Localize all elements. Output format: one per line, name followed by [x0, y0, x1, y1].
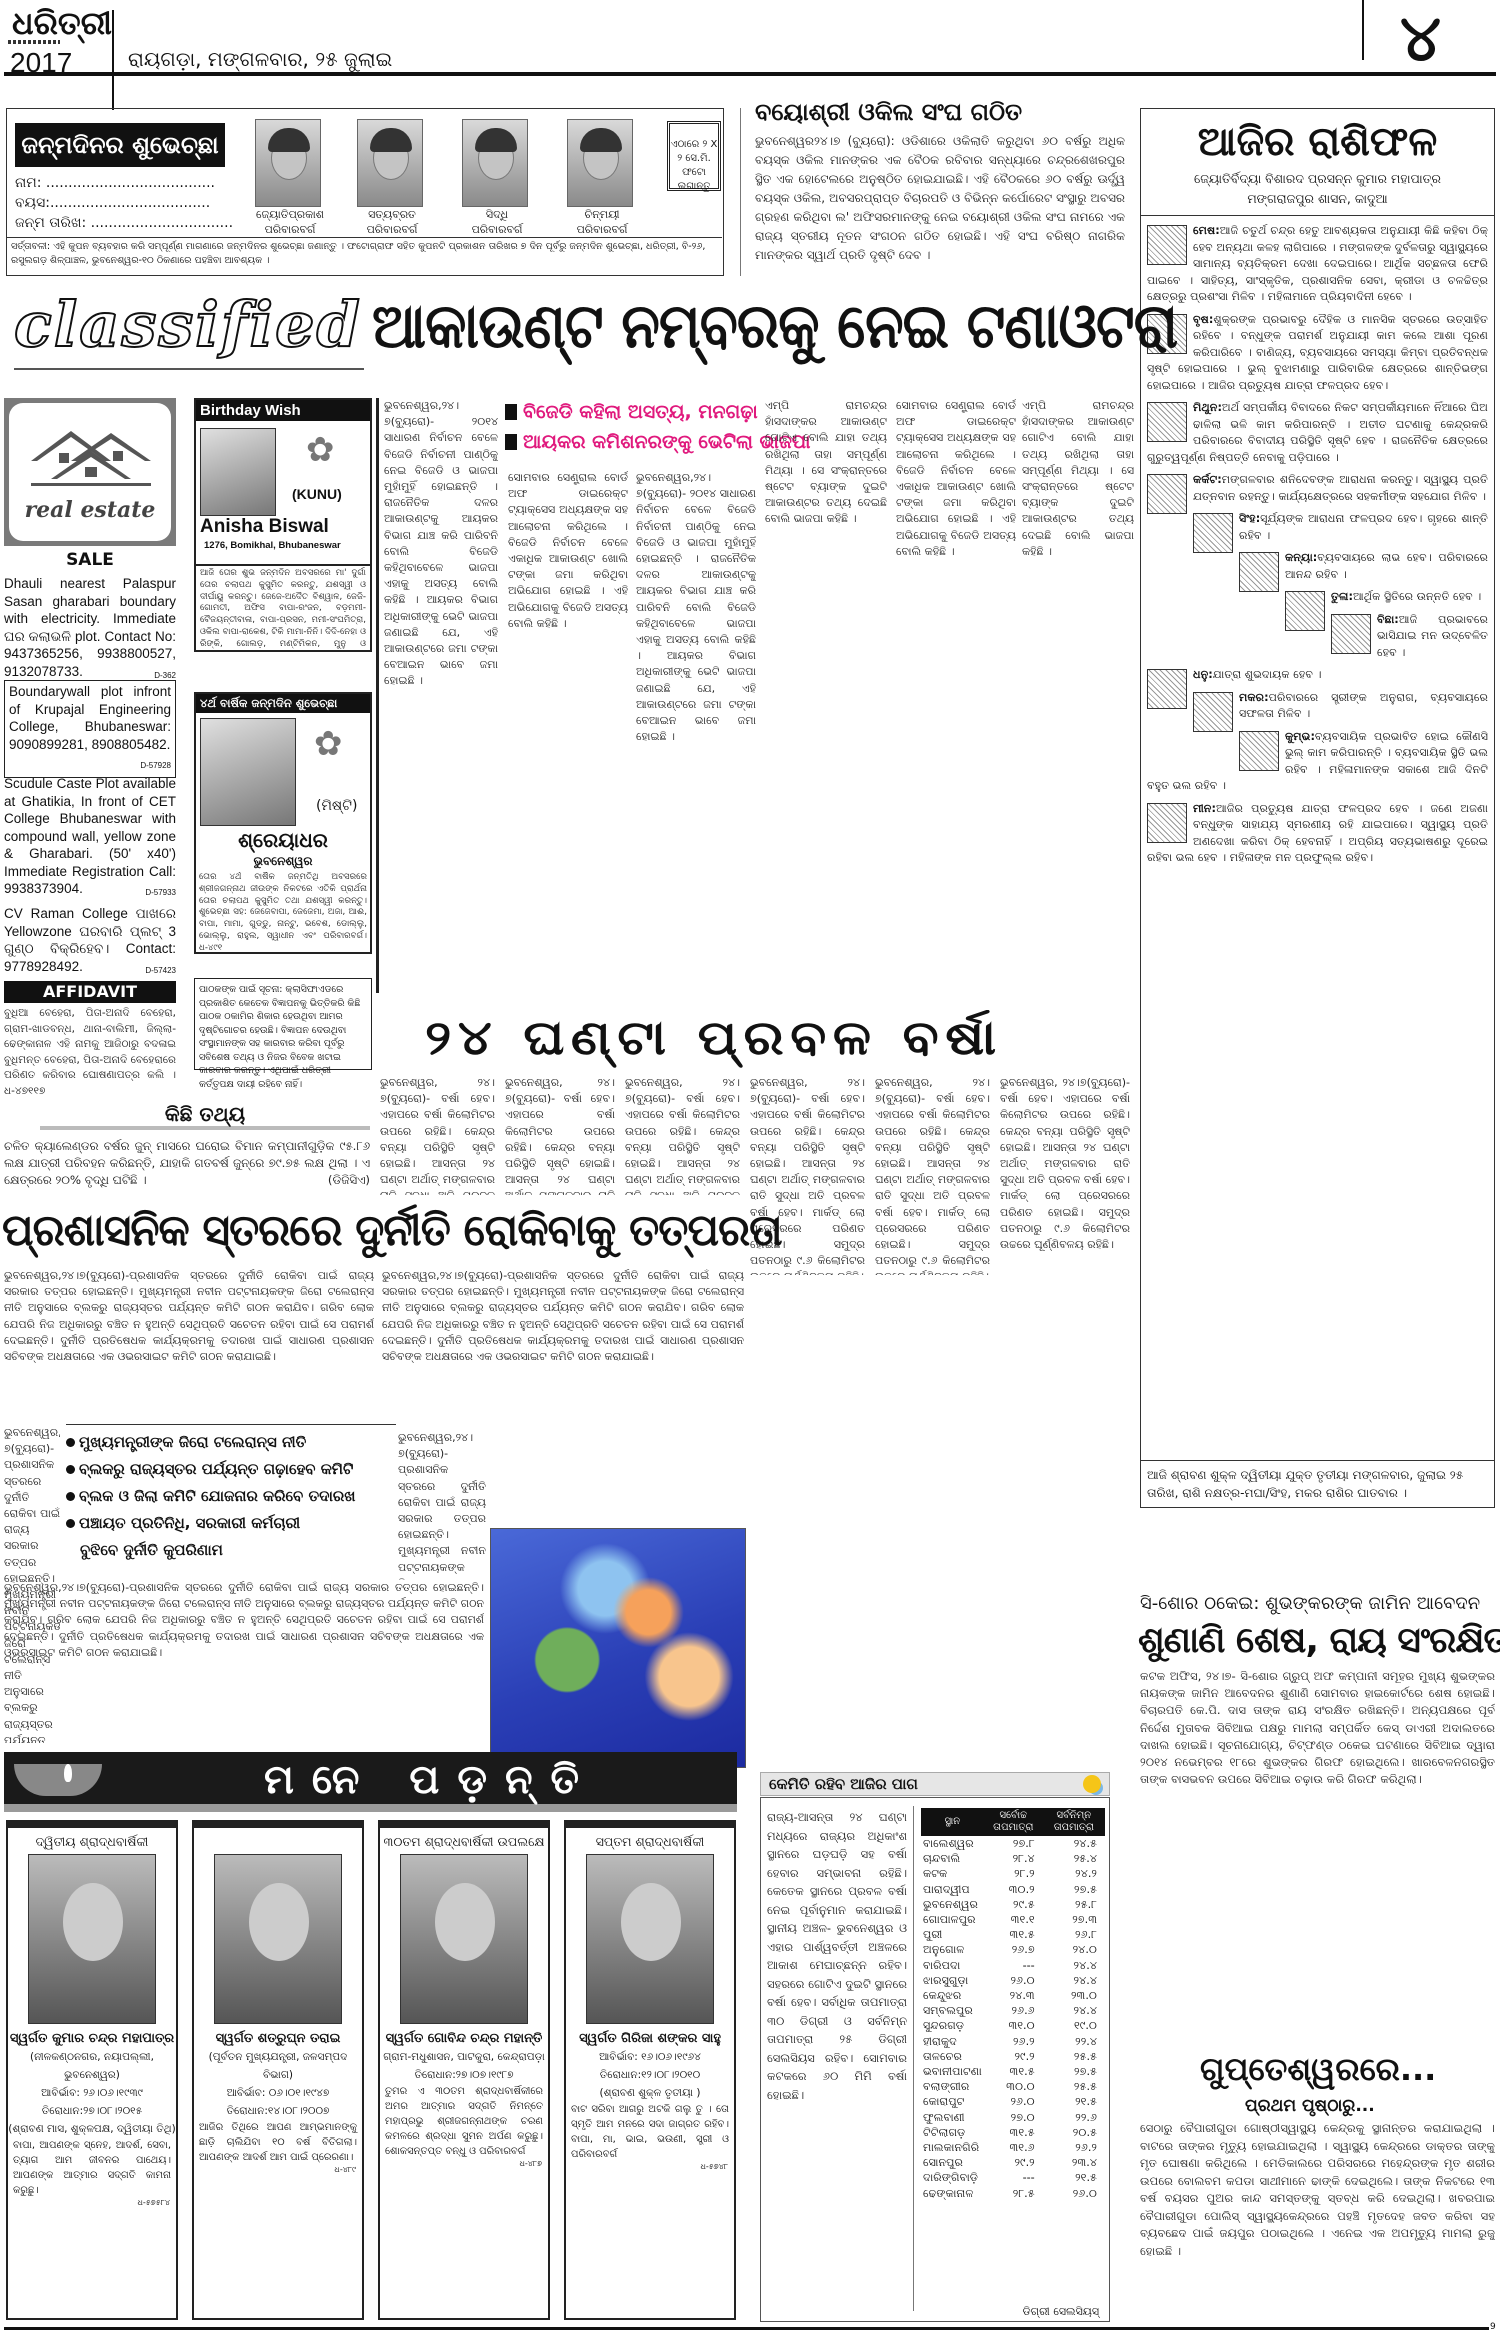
- reader-notice: ପାଠକଙ୍କ ପାଇଁ ସୂଚନା: କ୍ଲାସିଫାଏଡରେ ପ୍ରକାଶି…: [194, 978, 372, 1070]
- station-cell: କଟକ: [921, 1866, 984, 1881]
- rain-column-6: ଭୁବନେଶ୍ୱର, ୨୪।୭(ବ୍ୟୁରୋ)- ବର୍ଷା ହେବ। ଏହାପ…: [1000, 1075, 1130, 1275]
- station-cell: ବାଲେଶ୍ୱର: [921, 1836, 984, 1851]
- horoscope-footer: ଆଜି ଶ୍ରାବଣ ଶୁକ୍ଳ ଦ୍ୱିତୀୟା ଯୁକ୍ତ ତୃତୀୟା ମ…: [1141, 1460, 1494, 1507]
- max-temp-cell: ୨୬.୬: [984, 2003, 1043, 2018]
- birthday-photo: [200, 428, 276, 516]
- child-photo: [200, 718, 296, 826]
- table-row: କେନ୍ଦୁଝର୨୪.୩୨୩.୦: [921, 1988, 1105, 2003]
- fourth-birthday-heading: ୪ର୍ଥ ବାର୍ଷିକ ଜନ୍ମଦିନ ଶୁଭେଚ୍ଛା: [196, 694, 370, 713]
- max-temp-cell: ୨୬.୦: [984, 2094, 1043, 2109]
- table-row: ଅନୁଗୋଳ୨୬.୭୨୪.୦: [921, 1942, 1105, 1957]
- weather-forecast: ରାଜ୍ୟ-ଆସନ୍ତା ୨୪ ଘଣ୍ଟା ମଧ୍ୟରେ ରାଜ୍ୟର ଅଧିକ…: [767, 1808, 907, 2313]
- gupteswar-subheadline: ପ୍ରଥମ ପୃଷ୍ଠାରୁ...: [1245, 2096, 1375, 2116]
- max-temp-cell: ୨୮.୪: [984, 1851, 1043, 1866]
- obituary-card: ସପ୍ତମ ଶ୍ରାଦ୍ଧବାର୍ଷିକୀ ସ୍ୱର୍ଗତ ଗିରିଜା ଶଙ୍…: [564, 1820, 736, 2320]
- coupon-photo-2: ସତ୍ୟବ୍ରତ ପରିବାରବର୍ଗ: [357, 119, 427, 237]
- station-cell: ଝାରସୁଗୁଡ଼ା: [921, 1973, 984, 1988]
- min-temp-cell: ୨୧.୫: [1043, 2094, 1105, 2109]
- table-row: ଫୁଲବାଣୀ୨୭.୦୨୨.୬: [921, 2110, 1105, 2125]
- horoscope-author: ଜ୍ୟୋତିର୍ବିଦ୍ୟା ବିଶାରଦ ପ୍ରସନ୍ନ କୁମାର ମହାପ…: [1141, 169, 1494, 189]
- station-cell: ବଲାଙ୍ଗୀର: [921, 2079, 984, 2094]
- real-estate-banner: real estate: [4, 398, 176, 546]
- lamp-icon: [14, 1764, 102, 1796]
- sagittarius-icon: [1147, 669, 1187, 709]
- station-cell: ତାଳଚେର: [921, 2049, 984, 2064]
- birthday-wish-heading: Birthday Wish: [196, 400, 370, 421]
- classified-logo: classified: [14, 288, 364, 370]
- min-temp-cell: ୨୩.୪: [1043, 2155, 1105, 2170]
- min-temp-cell: ୨୧.୫: [1043, 2170, 1105, 2185]
- birthday-nickname: (KUNU): [292, 486, 342, 502]
- classified-ad: Dhauli nearest Palaspur Sasan gharabari …: [4, 575, 176, 684]
- facts-heading: କିଛି ତଥ୍ୟ: [40, 1102, 370, 1130]
- max-temp-cell: ୩୧.୦: [984, 2018, 1043, 2033]
- horoscope-sign: କୁମ୍ଭ:ବ୍ୟବସାୟିକ ପ୍ରଭାବିତ ହୋଇ କୌଣସି ଭୁଲ୍ …: [1141, 726, 1494, 798]
- table-row: କୋରାପୁଟ୨୬.୦୨୧.୫: [921, 2094, 1105, 2109]
- vayoshree-body: ଭୁବନେଶ୍ୱର୨୪।୭ (ବ୍ୟୁରୋ): ଓଡିଶାରେ ଓକିଲାତି …: [755, 132, 1125, 282]
- footer-page-number: 9: [1490, 2322, 1496, 2332]
- min-temp-cell: ୨୪.୪: [1043, 2003, 1105, 2018]
- affidavit-heading: AFFIDAVIT: [4, 981, 176, 1003]
- lead-column-1: ଭୁବନେଶ୍ୱର,୨୪।୭(ବ୍ୟୁରୋ)- ୨୦୧୪ ସାଧାରଣ ନିର୍…: [384, 398, 498, 988]
- horoscope-sign: ଧନୁ:ଯାତ୍ରା ଶୁଭଦାୟକ ହେବ ।: [1141, 664, 1494, 687]
- max-temp-cell: ୩୧.୫: [984, 1927, 1043, 1942]
- birthday-wish-ad: Birthday Wish ✿ (KUNU) Anisha Biswal 127…: [194, 398, 372, 566]
- child-nickname: (ମିଷ୍ଟି): [316, 798, 357, 814]
- horoscope-sign: ବୃଷ:ଶୁକ୍ରଙ୍କ ପ୍ରଭାବରୁ ଦୈହିକ ଓ ମାନସିକ ସ୍ତ…: [1141, 309, 1494, 398]
- child-place: ଭୁବନେଶ୍ୱର: [196, 854, 370, 869]
- table-row: ତାଳଚେର୨୯.୨୨୫.୫: [921, 2049, 1105, 2064]
- gupteswar-body: ସେଠାରୁ ବୈପାରୀଗୁଡା ଗୋଷ୍ଠୀସ୍ୱାସ୍ଥ୍ୟ କେନ୍ଦ୍…: [1140, 2120, 1495, 2300]
- max-temp-cell: ୩୦.୦: [984, 2079, 1043, 2094]
- min-temp-cell: ୨୫.୮: [1043, 1897, 1105, 1912]
- masthead-rule: [4, 72, 1496, 76]
- max-temp-cell: ୨୯.୨: [984, 2049, 1043, 2064]
- dateline: ରାୟଗଡ଼ା, ମଙ୍ଗଳବାର, ୨୫ ଜୁଲାଇ: [128, 47, 392, 71]
- corruption-column-5: ଭୁବନେଶ୍ୱର,୨୪।୭(ବ୍ୟୁରୋ)-ପ୍ରଶାସନିକ ସ୍ତରରେ …: [398, 1430, 486, 1580]
- classified-ad: Boundarywall plot infront of Krupajal En…: [4, 680, 176, 778]
- table-row: ଚାନ୍ଦବାଲି୨୮.୪୨୫.୪: [921, 1851, 1105, 1866]
- leo-icon: [1193, 513, 1233, 553]
- age-field[interactable]: ବୟସ:....................................: [15, 195, 210, 211]
- max-temp-cell: ୨୭.୦: [984, 2110, 1043, 2125]
- lead-column-5: ସୋମବାର ସେଣ୍ଟ୍ରାଲ ବୋର୍ଡ ଅଫ ଡାଇରେକ୍ଟ ଟ୍ୟାକ…: [896, 398, 1016, 988]
- station-cell: ସୋନପୁର: [921, 2155, 984, 2170]
- logo-underline: [8, 40, 60, 44]
- gupteswar-headline: ଗୁପ୍ତେଶ୍ୱରରେ...: [1200, 2050, 1436, 2089]
- virgo-icon: [1239, 552, 1279, 592]
- court-headline: ଶୁଣାଣି ଶେଷ, ରାୟ ସଂରକ୍ଷିତ: [1138, 1620, 1500, 1662]
- birthday-name: Anisha Biswal: [200, 516, 329, 538]
- real-estate-label: real estate: [9, 497, 171, 523]
- obituary-card: ଦ୍ୱିତୀୟ ଶ୍ରାଦ୍ଧବାର୍ଷିକୀ ସ୍ୱର୍ଗତ କୁମାର ଚନ…: [6, 1820, 178, 2320]
- max-temp-cell: ୨୮.୫: [984, 2186, 1043, 2201]
- coupon-photo-3: ସିଦ୍ଧି ପରିବାରବର୍ଗ: [462, 119, 532, 237]
- column-rule: [913, 1806, 914, 2311]
- sale-heading: SALE: [4, 550, 176, 570]
- station-cell: ବାରିପଦା: [921, 1958, 984, 1973]
- min-temp-cell: ୨୭.୫: [1043, 2064, 1105, 2079]
- birthday-address: 1276, Bomikhal, Bhubaneswar: [204, 540, 341, 551]
- max-temp-cell: ୩୦.୨: [984, 1882, 1043, 1897]
- corruption-column-4: ଭୁବନେଶ୍ୱର,୨୪।୭(ବ୍ୟୁରୋ)-ପ୍ରଶାସନିକ ସ୍ତରରେ …: [4, 1580, 484, 1740]
- corruption-column-2: ଭୁବନେଶ୍ୱର,୨୪।୭(ବ୍ୟୁରୋ)-ପ୍ରଶାସନିକ ସ୍ତରରେ …: [382, 1268, 744, 1420]
- station-cell: ଗୋପାଳପୁର: [921, 1912, 984, 1927]
- flower-icon: ✿: [306, 430, 335, 470]
- max-temp-cell: ୨୮.୨: [984, 1866, 1043, 1881]
- horoscope-sign: ମକର:ପରିବାରରେ ସ୍ତ୍ରୀଙ୍କ ଅନୁରାଗ, ବ୍ୟବସାୟରେ…: [1141, 687, 1494, 726]
- station-cell: ଢେଙ୍କାନାଳ: [921, 2186, 984, 2201]
- max-temp-cell: ୩୧.୫: [984, 2064, 1043, 2079]
- min-temp-cell: ୨୬.୦: [1043, 2186, 1105, 2201]
- horoscope-sign: ମିଥୁନ:ଅର୍ଥ ସମ୍ପର୍କୀୟ ବିବାଦରେ ନିକଟ ସମ୍ପର୍…: [1141, 397, 1494, 469]
- portrait-photo: [214, 1854, 342, 2024]
- cancer-icon: [1147, 474, 1187, 514]
- bullet-item: ମୁଖ୍ୟମନ୍ତ୍ରୀଙ୍କ ଜିରୋ ଟଲେରାନ୍ସ ନୀତି: [66, 1429, 396, 1456]
- station-cell: ହୀରାକୁଦ: [921, 2034, 984, 2049]
- masthead-divider-right: [1362, 0, 1364, 60]
- portrait-photo: [400, 1854, 528, 2024]
- table-row: ଟିଟିଲାଗଡ଼୩୧.୫୨୦.୫: [921, 2125, 1105, 2140]
- horoscope-box: ଆଜିର ରାଶିଫଳ ଜ୍ୟୋତିର୍ବିଦ୍ୟା ବିଶାରଦ ପ୍ରସନ୍…: [1140, 108, 1495, 1508]
- lead-column-3: ଭୁବନେଶ୍ୱର,୨୪।୭(ବ୍ୟୁରୋ)- ୨୦୧୪ ସାଧାରଣ ନିର୍…: [636, 470, 756, 990]
- min-temp-cell: ୨୨.୬: [1043, 2110, 1105, 2125]
- table-row: ମାଲକାନଗିରି୩୧.୬୨୬.୨: [921, 2140, 1105, 2155]
- min-temp-cell: ୨୬.୨: [1043, 2140, 1105, 2155]
- station-cell: ଭୁବନେଶ୍ୱର: [921, 1897, 984, 1912]
- column-header: ସ୍ଥାନ: [921, 1808, 984, 1836]
- rain-column-1: ଭୁବନେଶ୍ୱର, ୨୪।୭(ବ୍ୟୁରୋ)- ବର୍ଷା ହେବ। ଏହାପ…: [380, 1075, 495, 1195]
- lead-column-2: ସୋମବାର ସେଣ୍ଟ୍ରାଲ ବୋର୍ଡ ଅଫ ଡାଇରେକ୍ଟ ଟ୍ୟାକ…: [508, 470, 628, 990]
- birthday-wish-message: ଆଜି ତୋର ଶୁଭ ଜନ୍ମଦିନ ଅବସରରେ ମା' ଦୁର୍ଗା ତୋ…: [194, 566, 372, 652]
- table-row: ହୀରାକୁଦ୨୬.୨୨୨.୪: [921, 2034, 1105, 2049]
- max-temp-cell: ୨୬.୦: [984, 1973, 1043, 1988]
- min-temp-cell: ୨୪.୫: [1043, 1836, 1105, 1851]
- lead-subhead-1: ବିଜେଡି କହିଲା ଅସତ୍ୟ, ମନଗଢ଼ା: [505, 398, 758, 426]
- station-cell: ଚାନ୍ଦବାଲି: [921, 1851, 984, 1866]
- station-cell: ଫୁଲବାଣୀ: [921, 2110, 984, 2125]
- station-cell: କୋରାପୁଟ: [921, 2094, 984, 2109]
- table-row: ଗୋପାଳପୁର୩୧.୧୨୭.୩: [921, 1912, 1105, 1927]
- aries-icon: [1147, 225, 1187, 265]
- max-temp-cell: ୨୭.୮: [984, 1836, 1043, 1851]
- horoscope-author-place: ମଙ୍ଗରାଜପୁର ଶାସନ, କାଦୁଆ: [1141, 189, 1494, 216]
- min-temp-cell: ୨୪.୦: [1043, 1942, 1105, 1957]
- rain-column-5: ଭୁବନେଶ୍ୱର, ୨୪।୭(ବ୍ୟୁରୋ)- ବର୍ଷା ହେବ। ଏହାପ…: [875, 1075, 990, 1275]
- lead-column-4: ଏମ୍‌ପି ରାମଚନ୍ଦ୍ର ହାଁସଦାଙ୍କର ଆକାଉଣ୍ଟ ଗୋଟି…: [765, 398, 887, 988]
- temperature-table: ସ୍ଥାନ ସର୍ବୋଚ୍ଚ ତାପମାତ୍ରା ସର୍ବନିମ୍ନ ତାପମା…: [921, 1808, 1105, 2201]
- court-body: କଟକ ଅଫିସ, ୨୪।୭- ସି-ଶୋର ଗ୍ରୁପ୍ ଅଫ କମ୍ପାନୀ…: [1140, 1668, 1495, 2040]
- footer-rule: [4, 2327, 1489, 2330]
- table-row: ପୁରୀ୩୧.୫୨୬.୮: [921, 1927, 1105, 1942]
- horoscope-title: ଆଜିର ରାଶିଫଳ: [1141, 109, 1494, 169]
- horoscope-sign: କର୍କଟ:ମଙ୍ଗଳବାର ଶନିଦେବଙ୍କ ଆରାଧନା କରନ୍ତୁ। …: [1141, 469, 1494, 508]
- horoscope-sign: ମେଷ:ଆଜି ଚତୁର୍ଥ ଚନ୍ଦ୍ର ହେତୁ ଆବଶ୍ୟକତା ଅନୁଯ…: [1141, 220, 1494, 309]
- aquarius-icon: [1239, 731, 1279, 771]
- name-field[interactable]: ନାମ: ...................................…: [15, 175, 215, 191]
- classified-ad: Scudule Caste Plot available at Ghatikia…: [4, 775, 176, 902]
- table-row: ଦାରିଙ୍ଗିବାଡ଼ି---୨୧.୫: [921, 2170, 1105, 2185]
- table-row: ଭୁବନେଶ୍ୱର୨୯.୫୨୫.୮: [921, 1897, 1105, 1912]
- birthday-coupon: ଜନ୍ମଦିନର ଶୁଭେଚ୍ଛା ନାମ: .................…: [6, 108, 724, 276]
- corruption-bullets: ମୁଖ୍ୟମନ୍ତ୍ରୀଙ୍କ ଜିରୋ ଟଲେରାନ୍ସ ନୀତି ବ୍ଲକର…: [66, 1424, 396, 1564]
- max-temp-cell: ୨୯.୨: [984, 2155, 1043, 2170]
- child-name: ଶ୍ରେୟାଧର: [196, 828, 370, 852]
- court-subheadline: ସି-ଶୋର ଠକେଇ: ଶୁଭଙ୍କରଙ୍କ ଜାମିନ ଆବେଦନ: [1140, 1593, 1480, 1614]
- station-cell: ସୁନ୍ଦରଗଡ଼: [921, 2018, 984, 2033]
- column-rule: [376, 398, 379, 993]
- station-cell: ପୁରୀ: [921, 1927, 984, 1942]
- min-temp-cell: ୨୪.୪: [1043, 1958, 1105, 1973]
- table-row: ସମ୍ବଲପୁର୨୬.୬୨୪.୪: [921, 2003, 1105, 2018]
- min-temp-cell: ୨୭.୫: [1043, 1882, 1105, 1897]
- table-row: ଭବାନୀପାଟଣା୩୧.୫୨୭.୫: [921, 2064, 1105, 2079]
- rain-column-3: ଭୁବନେଶ୍ୱର, ୨୪।୭(ବ୍ୟୁରୋ)- ବର୍ଷା ହେବ। ଏହାପ…: [625, 1075, 740, 1195]
- horoscope-sign: ସିଂହ:ସୂର୍ଯ୍ୟଙ୍କ ଆରାଧନା ଫଳପ୍ରଦ ହେବ। ଗୃହରେ…: [1141, 508, 1494, 547]
- max-temp-cell: ୨୬.୨: [984, 2034, 1043, 2049]
- lead-headline: ଆକାଉଣ୍ଟ ନମ୍ବରକୁ ନେଇ ଟଣାଓଟରା: [372, 290, 1177, 362]
- lead-column-6: ଏମ୍‌ପି ରାମଚନ୍ଦ୍ର ହାଁସଦାଙ୍କର ଆକାଉଣ୍ଟ ଗୋଟି…: [1022, 398, 1134, 988]
- table-row: ବାରିପଦା---୨୪.୪: [921, 1958, 1105, 1973]
- newspaper-logo: ଧରିତ୍ରୀ: [12, 6, 112, 40]
- max-temp-cell: ୨୪.୩: [984, 1988, 1043, 2003]
- bullet-item: ବୁଝିବେ ଦୁର୍ନୀତି କୁପରିଣାମ: [66, 1537, 396, 1564]
- max-temp-cell: ୨୯.୫: [984, 1897, 1043, 1912]
- bullet-item: ପଞ୍ଚାୟତ ପ୍ରତିନିଧି, ସରକାରୀ କର୍ମଚାରୀ: [66, 1510, 396, 1537]
- scorpio-icon: [1331, 614, 1371, 654]
- station-cell: କେନ୍ଦୁଝର: [921, 1988, 984, 2003]
- gemini-icon: [1147, 402, 1187, 442]
- masthead-divider: [112, 10, 114, 110]
- pisces-icon: [1147, 803, 1187, 843]
- horoscope-sign: ମୀନ:ଆଜିର ପ୍ରତ୍ୟୁଷ ଯାତ୍ରା ଫଳପ୍ରଦ ହେବ । ଜଣ…: [1141, 798, 1494, 870]
- bullet-item: ବ୍ଲକ ଓ ଜିଲା କମିଟି ଯୋଜନାର କରିବେ ତଦାରଖ: [66, 1483, 396, 1510]
- dob-field[interactable]: ଜନ୍ମ ତାରିଖ: ............................…: [15, 215, 233, 231]
- table-row: ସୋନପୁର୨୯.୨୨୩.୪: [921, 2155, 1105, 2170]
- obituary-card: ସ୍ୱର୍ଗତ ଶତ୍ରୁଘ୍ନ ତରାଇ (ପୂର୍ବତନ ମୁଖ୍ୟଯନ୍ତ…: [192, 1820, 364, 2320]
- max-temp-cell: ---: [984, 1958, 1043, 1973]
- max-temp-cell: ୩୧.୬: [984, 2140, 1043, 2155]
- classified-ad: CV Raman College ପାଖରେ Yellowzone ଘରବାରି…: [4, 905, 176, 979]
- station-cell: ଟିଟିଲାଗଡ଼: [921, 2125, 984, 2140]
- portrait-photo: [28, 1854, 156, 2024]
- min-temp-cell: ୨୪.୪: [1043, 1973, 1105, 1988]
- temperature-unit: ଡିଗ୍ରୀ ସେଲସିୟସ୍: [1022, 2305, 1099, 2319]
- child-message: ତୋର ୪ର୍ଥ ବାର୍ଷିକ ଜନ୍ମତିଥି ଅବସରରେ ଶ୍ରୀଜଗନ…: [199, 872, 367, 952]
- table-row: ବଲାଙ୍ଗୀର୩୦.୦୨୫.୫: [921, 2079, 1105, 2094]
- vayoshree-headline: ବୟୋଶ୍ରୀ ଓକିଲ ସଂଘ ଗଠିତ: [755, 98, 1022, 126]
- min-temp-cell: ୨୦.୫: [1043, 2125, 1105, 2140]
- rain-column-2: ଭୁବନେଶ୍ୱର, ୨୪।୭(ବ୍ୟୁରୋ)- ବର୍ଷା ହେବ। ଏହାପ…: [505, 1075, 615, 1195]
- weather-heading: କେମିତି ରହିବ ଆଜିର ପାଗ: [760, 1772, 1110, 1796]
- max-temp-cell: ୩୧.୫: [984, 2125, 1043, 2140]
- portrait-photo: [586, 1854, 714, 2024]
- max-temp-cell: ୩୧.୧: [984, 1912, 1043, 1927]
- coupon-photo-1: ଜ୍ୟୋତିପ୍ରକାଶ ପରିବାରବର୍ଗ: [255, 119, 325, 237]
- min-temp-cell: ୨୬.୮: [1043, 1927, 1105, 1942]
- column-header: ସର୍ବୋଚ୍ଚ ତାପମାତ୍ରା: [984, 1808, 1043, 1836]
- coupon-title: ଜନ୍ମଦିନର ଶୁଭେଚ୍ଛା: [15, 123, 225, 167]
- satellite-weather-image: [490, 1528, 746, 1768]
- table-row: ଢେଙ୍କାନାଳ୨୮.୫୨୬.୦: [921, 2186, 1105, 2201]
- coupon-photo-4: ଚିନ୍ମୟୀ ପରିବାରବର୍ଗ: [567, 119, 637, 237]
- min-temp-cell: ୨୫.୫: [1043, 2079, 1105, 2094]
- column-header: ସର୍ବନିମ୍ନ ତାପମାତ୍ରା: [1043, 1808, 1105, 1836]
- min-temp-cell: ୨୩.୦: [1043, 1988, 1105, 2003]
- corruption-column-1: ଭୁବନେଶ୍ୱର,୨୪।୭(ବ୍ୟୁରୋ)-ପ୍ରଶାସନିକ ସ୍ତରରେ …: [4, 1268, 374, 1420]
- flower-icon: ✿: [314, 724, 343, 764]
- min-temp-cell: ୨୭.୩: [1043, 1912, 1105, 1927]
- min-temp-cell: ୧୯.୦: [1043, 2018, 1105, 2033]
- affidavit-text: ବୁଧିଆ ବେହେରା, ପିତା-ଅନାଦି ବେହେରା, ଗ୍ରାମ-ଖ…: [4, 1006, 176, 1096]
- max-temp-cell: ---: [984, 2170, 1043, 2185]
- coupon-rules: ସର୍ତ୍ତାବଳୀ: ଏହି କୁପନ ବ୍ୟବହାର କରି ସମ୍ପୂର୍…: [7, 237, 722, 270]
- table-row: କଟକ୨୮.୨୨୪.୨: [921, 1866, 1105, 1881]
- column-rule: [740, 108, 741, 276]
- facts-body: ଚଳିତ କ୍ୟାଲେଣ୍ଡର ବର୍ଷର ଜୁନ୍ ମାସରେ ଘରୋଇ ବି…: [4, 1138, 370, 1194]
- table-row: ସୁନ୍ଦରଗଡ଼୩୧.୦୧୯.୦: [921, 2018, 1105, 2033]
- table-row: ବାଲେଶ୍ୱର୨୭.୮୨୪.୫: [921, 1836, 1105, 1851]
- station-cell: ମାଲକାନଗିରି: [921, 2140, 984, 2155]
- bullet-item: ବ୍ଲକରୁ ରାଜ୍ୟସ୍ତର ପର୍ଯ୍ୟନ୍ତ ଗଢ଼ାହେବ କମିଟି: [66, 1456, 396, 1483]
- libra-icon: [1285, 591, 1325, 631]
- station-cell: ପାରାଦ୍ୱୀପ: [921, 1882, 984, 1897]
- horoscope-sign: ତୁଳା:ଆର୍ଥିକ ସ୍ଥିତିରେ ଉନ୍ନତି ହେବ ।: [1141, 586, 1494, 609]
- house-icon: [21, 421, 161, 491]
- weather-box: ରାଜ୍ୟ-ଆସନ୍ତା ୨୪ ଘଣ୍ଟା ମଧ୍ୟରେ ରାଜ୍ୟର ଅଧିକ…: [760, 1797, 1110, 2322]
- station-cell: ଭବାନୀପାଟଣା: [921, 2064, 984, 2079]
- station-cell: ଦାରିଙ୍ଗିବାଡ଼ି: [921, 2170, 984, 2185]
- capricorn-icon: [1193, 692, 1233, 732]
- station-cell: ସମ୍ବଲପୁର: [921, 2003, 984, 2018]
- station-cell: ଅନୁଗୋଳ: [921, 1942, 984, 1957]
- max-temp-cell: ୨୬.୭: [984, 1942, 1043, 1957]
- page-number: ୪: [1400, 2, 1441, 76]
- photo-placeholder: ଏଠାରେ ୨ X ୨ ସେ.ମି. ଫଟୋ ଲଗାନ୍ତୁ: [667, 121, 721, 191]
- min-temp-cell: ୨୨.୪: [1043, 2034, 1105, 2049]
- obituary-card: ୩୦ତମ ଶ୍ରାଦ୍ଧବାର୍ଷିକୀ ଉପଲକ୍ଷେ ସ୍ୱର୍ଗତ ଗୋବ…: [378, 1820, 550, 2320]
- min-temp-cell: ୨୫.୫: [1043, 2049, 1105, 2064]
- rain-headline: ୨୪ ଘଣ୍ଟା ପ୍ରବଳ ବର୍ଷା: [425, 1010, 1003, 1067]
- table-row: ଝାରସୁଗୁଡ଼ା୨୬.୦୨୪.୪: [921, 1973, 1105, 1988]
- obituary-banner: ମନେ ପଡ଼ନ୍ତି: [4, 1752, 737, 1812]
- corruption-headline: ପ୍ରଶାସନିକ ସ୍ତରରେ ଦୁର୍ନୀତି ରୋକିବାକୁ ତତ୍ପର…: [2, 1205, 782, 1256]
- fourth-birthday-ad: ୪ର୍ଥ ବାର୍ଷିକ ଜନ୍ମଦିନ ଶୁଭେଚ୍ଛା ✿ (ମିଷ୍ଟି)…: [194, 692, 372, 954]
- min-temp-cell: ୨୫.୪: [1043, 1851, 1105, 1866]
- min-temp-cell: ୨୪.୨: [1043, 1866, 1105, 1881]
- table-row: ପାରାଦ୍ୱୀପ୩୦.୨୨୭.୫: [921, 1882, 1105, 1897]
- sun-cloud-icon: [1083, 1775, 1101, 1793]
